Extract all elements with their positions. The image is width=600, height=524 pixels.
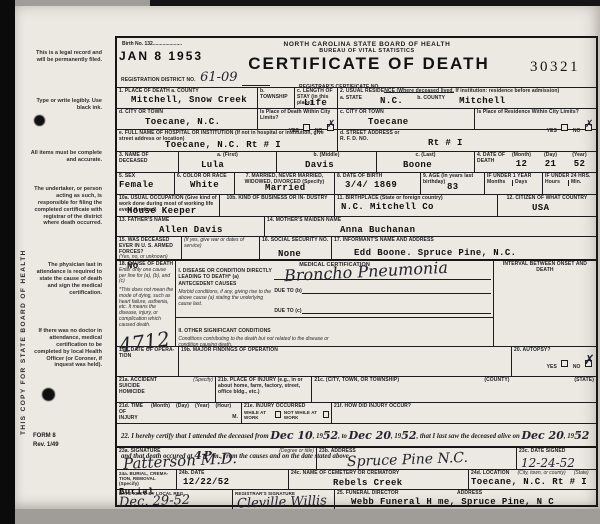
sex-value: Female: [119, 180, 172, 190]
informant-label: 17. INFORMANT'S NAME AND ADDRESS: [334, 238, 594, 244]
under-24h-hours-label: Hours: [545, 180, 569, 186]
autopsy-boxes: YES NO ✗: [547, 355, 592, 373]
certify-text-e: , that I last saw the deceased alive on: [417, 433, 520, 440]
field-middle-name: b. (Middle) Davis: [277, 152, 377, 172]
under-1yr-sub: Months Days: [487, 180, 540, 186]
antecedent-left: ANTECEDENT CAUSES Morbid conditions, if …: [178, 282, 274, 314]
field-burial-location: 24d. LOCATION (City, town, or county) (S…: [469, 470, 596, 489]
field-age: 9. AGE (In years last birthday) 83: [421, 173, 485, 194]
row-place-residence-2: d. CITY OR TOWN Toecane, N.C. Is Place o…: [117, 109, 596, 130]
field-first-name: a. (First) Lula: [179, 152, 277, 172]
funeral-director-address-label: ADDRESS: [457, 491, 482, 497]
field-citizen: 12. CITIZEN OF WHAT COUNTRY USA: [498, 195, 596, 216]
injury-month-label: (Month): [151, 404, 170, 421]
certify-hw-alive-year: 52: [574, 429, 589, 442]
date-received-value: Dec. 29-52: [119, 493, 191, 510]
cemetery-label: 24c. NAME OF CEMETERY OR CREMATORY: [291, 471, 466, 477]
row-signature: 23a. SIGNATURE (Degree or title) Patters…: [117, 448, 596, 470]
birth-no-label: Birth No. 132.....................: [122, 41, 182, 47]
disease-line-rule: Broncho Pneumonia: [274, 268, 491, 280]
field-residence-city-limits: Is Place of Residence Within City Limits…: [475, 109, 596, 129]
street-address-label: d. STREET ADDRESS or R. F. D. NO.: [340, 131, 400, 143]
field-cause-of-death-notes: 18. CAUSE OF DEATH Enter only one cause …: [117, 261, 176, 346]
disease-label: I. DISEASE OR CONDITION DIRECTLY LEADING…: [178, 269, 274, 281]
time-of-injury-label: 21d. TIME OF INJURY: [119, 404, 145, 421]
residence-state-label: a. STATE: [340, 96, 362, 106]
field-accident-type: 21a. ACCIDENT SUICIDE HOMICIDE (Specify): [117, 377, 216, 402]
field-death-city-limits: Is Place of Death Within City Limits? YE…: [258, 109, 338, 129]
margin-note-type-legibly: Type or write legibly. Use black ink.: [30, 98, 102, 112]
certificate-form: Birth No. 132..................... JAN 8…: [115, 36, 598, 507]
hospital-value: Toecane, N.C. Rt # I: [165, 140, 281, 150]
field-father-name: 13. FATHER'S NAME Allen Davis: [117, 217, 265, 236]
last-name-label: c. (Last): [379, 153, 472, 159]
due-to-c-line: DUE TO (c): [274, 306, 491, 314]
not-while-at-work-checkbox: [323, 411, 329, 418]
row-burial: 24a. BURIAL, CREMA- TION, REMOVAL (Speci…: [117, 470, 596, 490]
due-to-b-rule: [302, 286, 491, 294]
death-limits-no-mark: ✗: [327, 119, 335, 130]
ssn-label: 16. SOCIAL SECURITY NO.: [262, 238, 329, 244]
certify-text-b: , 19: [313, 433, 323, 440]
row-name-date: 3. NAME OF DECEASED a. (First) Lula b. (…: [117, 152, 596, 173]
row-accident: 21a. ACCIDENT SUICIDE HOMICIDE (Specify)…: [117, 377, 596, 403]
residence-limits-no-mark: ✗: [585, 119, 593, 130]
mother-name-value: Anna Buchanan: [340, 225, 415, 235]
city-of-death-value: Toecane, N.C.: [145, 117, 220, 127]
field-registrar-signature: REGISTRAR'S SIGNATURE Cleville Willis: [233, 490, 335, 509]
autopsy-label: 20. AUTOPSY?: [514, 348, 594, 354]
field-city-of-death: d. CITY OR TOWN Toecane, N.C.: [117, 109, 258, 129]
time-of-injury-labels: 21d. TIME OF INJURY (Month) (Day) (Year)…: [119, 404, 239, 421]
major-findings-label: 19b. MAJOR FINDINGS OF OPERATION: [181, 348, 509, 354]
field-medical-certification: MEDICAL CERTIFICATION I. DISEASE OR COND…: [176, 261, 494, 346]
burial-location-sub2: (State): [574, 471, 589, 477]
row-sex-race-age: 5. SEX Female 6. COLOR OR RACE White 7. …: [117, 173, 596, 195]
ssn-value: None: [278, 249, 301, 259]
injury-state-label: (STATE): [574, 378, 594, 401]
middle-name-label: b. (Middle): [279, 153, 374, 159]
row-place-residence-3: e. FULL NAME OF HOSPITAL OR INSTITUTION …: [117, 130, 596, 152]
residence-county-value: Mitchell: [459, 96, 505, 106]
field-industry: 10b. KIND OF BUSINESS OR IN- DUSTRY: [220, 195, 335, 216]
certify-hw-from-year: 52: [323, 429, 338, 442]
burial-location-sub1: (City, town, or county): [517, 471, 565, 477]
certify-hw-from-date: Dec 10: [270, 429, 312, 442]
residence-city-label: c. CITY OR TOWN: [340, 110, 472, 116]
row-cause-of-death: 18. CAUSE OF DEATH Enter only one cause …: [117, 261, 596, 347]
field-length-of-stay: c. LENGTH OF STAY (in this place) Life: [295, 88, 338, 108]
org-line1: NORTH CAROLINA STATE BOARD OF HEALTH: [237, 41, 497, 48]
org-heading: NORTH CAROLINA STATE BOARD OF HEALTH BUR…: [237, 41, 497, 54]
middle-name-value: Davis: [305, 160, 334, 170]
date-of-death-day-value: 21: [536, 159, 565, 169]
due-to-c-rule: [302, 306, 491, 314]
row-occupation: 10a. USUAL OCCUPATION (Give kind of work…: [117, 195, 596, 217]
field-date-signed: 23c. DATE SIGNED 12-24-52: [517, 448, 596, 469]
field-place-of-injury: 21b. PLACE OF INJURY (e.g., in or about …: [216, 377, 312, 402]
certificate-title: CERTIFICATE OF DEATH: [229, 54, 509, 74]
other-conditions-block: II. OTHER SIGNIFICANT CONDITIONS Conditi…: [176, 317, 493, 350]
armed-forces-label: 15. WAS DECEASED EVER IN U. S. ARMED FOR…: [119, 238, 179, 255]
scan-edge-left: [0, 0, 15, 524]
margin-note-no-doctor: If there was no doctor in attendance, me…: [30, 328, 102, 369]
field-war-service: (If yes, give war or dates of service): [182, 237, 260, 259]
row-operation-autopsy: 19a. DATE OF OPERA- TION 19b. MAJOR FIND…: [117, 347, 596, 377]
name-of-deceased-label: 3. NAME OF DECEASED: [119, 153, 176, 165]
row-registrar-funeral: DATE REC'D BY LOCAL REG. Dec. 29-52 REGI…: [117, 490, 596, 509]
due-to-b-line: DUE TO (b): [274, 286, 491, 294]
county-of-death-label: 1. PLACE OF DEATH a. COUNTY: [119, 89, 255, 95]
field-informant: 17. INFORMANT'S NAME AND ADDRESS Edd Boo…: [332, 237, 596, 259]
burial-type-label: 24a. BURIAL, CREMA- TION, REMOVAL (Speci…: [119, 471, 174, 487]
scanned-death-certificate: THIS COPY FOR STATE BOARD OF HEALTH This…: [0, 0, 600, 524]
field-major-findings: 19b. MAJOR FINDINGS OF OPERATION: [179, 347, 512, 376]
residence-city-limits-label: Is Place of Residence Within City Limits…: [477, 110, 594, 116]
due-to-b-label: DUE TO (b): [274, 289, 302, 295]
field-last-name: c. (Last) Boone: [377, 152, 475, 172]
cemetery-value: Rebels Creek: [333, 478, 403, 488]
field-residence-city: c. CITY OR TOWN Toecane: [338, 109, 475, 129]
autopsy-no-mark: ✗: [584, 353, 595, 368]
citizen-value: USA: [532, 203, 549, 213]
form-number-line1: FORM 8: [33, 432, 59, 441]
father-name-value: Allen Davis: [159, 225, 223, 235]
birthplace-value: N.C. Mitchell Co: [341, 202, 495, 212]
injury-city-label: 21c. (CITY, TOWN, OR TOWNSHIP): [314, 378, 424, 401]
funeral-director-label: 25. FUNERAL DIRECTOR: [337, 491, 457, 497]
form-number-line2: Rev. 1/49: [33, 441, 59, 450]
field-age-under-24h: IF UNDER 24 HRS. Hours Min.: [543, 173, 596, 194]
field-burial-date: 24b. DATE 12/22/52: [177, 470, 289, 489]
autopsy-yes-checkbox: [561, 360, 568, 367]
injury-day-label: (Day): [176, 404, 189, 421]
field-armed-forces: 15. WAS DECEASED EVER IN U. S. ARMED FOR…: [117, 237, 182, 259]
certify-hw-to-year: 52: [401, 429, 416, 442]
date-of-death-month: (Month) 12: [507, 153, 536, 171]
residence-state-value: N.C.: [380, 96, 403, 106]
field-injury-location: 21c. (CITY, TOWN, OR TOWNSHIP) (COUNTY) …: [312, 377, 596, 402]
injury-meridiem-label: M.: [232, 415, 238, 421]
certify-text-c: , to: [338, 433, 347, 440]
autopsy-no-checkbox: ✗: [585, 360, 592, 367]
while-at-work-checkbox: [275, 411, 281, 418]
how-injury-occurred-label: 21f. HOW DID INJURY OCCUR?: [334, 404, 594, 410]
punch-hole: [34, 115, 45, 126]
field-mother-name: 14. MOTHER'S MAIDEN NAME Anna Buchanan: [265, 217, 596, 236]
street-address-value: Rt # I: [428, 138, 463, 148]
citizen-label: 12. CITIZEN OF WHAT COUNTRY: [500, 196, 594, 202]
injury-year-label: (Year): [195, 404, 210, 421]
antecedent-right: DUE TO (b) DUE TO (c): [274, 282, 491, 314]
war-service-label: (If yes, give war or dates of service): [184, 238, 257, 250]
field-date-received: DATE REC'D BY LOCAL REG. Dec. 29-52: [117, 490, 233, 509]
field-time-of-injury: 21d. TIME OF INJURY (Month) (Day) (Year)…: [117, 403, 242, 423]
antecedent-block: ANTECEDENT CAUSES Morbid conditions, if …: [176, 280, 493, 314]
row-place-residence-1: 1. PLACE OF DEATH a. COUNTY Mitchell, Sn…: [117, 88, 596, 109]
under-24h-sub: Hours Min.: [545, 180, 594, 186]
funeral-director-value: Webb Funeral H me, Spruce Pine, N C: [351, 497, 594, 507]
while-at-work-label: WHILE AT WORK: [244, 410, 272, 420]
burial-location-label: 24d. LOCATION: [471, 471, 509, 477]
certify-text-d: , 19: [391, 433, 401, 440]
first-name-label: a. (First): [181, 153, 274, 159]
field-cemetery: 24c. NAME OF CEMETERY OR CREMATORY Rebel…: [289, 470, 469, 489]
row-parents: 13. FATHER'S NAME Allen Davis 14. MOTHER…: [117, 217, 596, 237]
age-value: 83: [447, 182, 459, 192]
usual-residence-label: 2. USUAL RESIDENCE (Where deceased lived…: [340, 89, 594, 95]
length-of-stay-value: Life: [304, 98, 327, 108]
field-marital-status: 7. MARRIED, NEVER MARRIED, WIDOWED, DIVO…: [235, 173, 335, 194]
accident-type-label: 21a. ACCIDENT SUICIDE HOMICIDE: [119, 378, 159, 401]
field-occupation: 10a. USUAL OCCUPATION (Give kind of work…: [117, 195, 220, 216]
degree-title-label: (Degree or title): [279, 449, 314, 455]
industry-label: 10b. KIND OF BUSINESS OR IN- DUSTRY: [222, 196, 332, 202]
first-name-value: Lula: [201, 160, 224, 170]
punch-hole: [42, 388, 55, 401]
residence-county-label: b. COUNTY: [417, 96, 445, 106]
field-date-of-death: 4. DATE OF DEATH (Month) 12 (Day) 21 (Ye…: [475, 152, 596, 172]
father-name-label: 13. FATHER'S NAME: [119, 218, 262, 224]
field-county-of-death: 1. PLACE OF DEATH a. COUNTY Mitchell, Sn…: [117, 88, 258, 108]
antecedent-note: Morbid conditions, if any, giving rise t…: [178, 290, 274, 307]
date-signed-label: 23c. DATE SIGNED: [519, 449, 594, 455]
field-autopsy: 20. AUTOPSY? YES NO ✗: [512, 347, 596, 376]
margin-note-legal-record: This is a legal record and will be perma…: [30, 50, 102, 64]
antecedent-label: ANTECEDENT CAUSES: [178, 282, 274, 288]
certify-hw-alive-date: Dec 20: [521, 429, 563, 442]
registrar-signature-value: Cleville Willis: [237, 493, 327, 511]
form-header: Birth No. 132..................... JAN 8…: [117, 38, 596, 88]
mother-name-label: 14. MOTHER'S MAIDEN NAME: [267, 218, 594, 224]
field-certify-statement: 22. I hereby certify that I attended the…: [117, 424, 596, 446]
color-race-label: 6. COLOR OR RACE: [177, 174, 232, 180]
under-1yr-days-label: Days: [513, 180, 540, 186]
margin-note-complete: All items must be complete and accurate.: [30, 150, 102, 164]
burial-location-value: Toecane, N.C. Rt # I: [471, 477, 594, 487]
place-of-injury-label: 21b. PLACE OF INJURY (e.g., in or about …: [218, 378, 309, 395]
city-of-death-label: d. CITY OR TOWN: [119, 110, 255, 116]
date-of-death-day: (Day) 21: [536, 153, 565, 171]
row-time-of-injury: 21d. TIME OF INJURY (Month) (Day) (Year)…: [117, 403, 596, 424]
field-burial-type: 24a. BURIAL, CREMA- TION, REMOVAL (Speci…: [117, 470, 177, 489]
registration-district-label: REGISTRATION DISTRICT NO.: [121, 77, 196, 83]
burial-location-labels: 24d. LOCATION (City, town, or county) (S…: [471, 471, 594, 477]
signature-address-value: Spruce Pine N.C.: [347, 450, 468, 470]
form-number: FORM 8 Rev. 1/49: [33, 432, 59, 450]
burial-date-value: 12/22/52: [183, 477, 286, 487]
autopsy-no-label: NO: [573, 364, 581, 370]
cause-note-2: *This does not mean the mode of dying, s…: [119, 288, 173, 328]
accident-specify-label: (Specify): [193, 378, 213, 401]
field-signature-address: 23b. ADDRESS Spruce Pine N.C.: [317, 448, 517, 469]
field-township: b. TOWNSHIP: [258, 88, 295, 108]
interval-label: INTERVAL BETWEEN ONSET AND DEATH: [496, 262, 594, 274]
date-of-death-label: 4. DATE OF DEATH: [477, 153, 507, 171]
residence-city-value: Toecane: [368, 117, 409, 127]
date-of-death-year: (Year) 52: [565, 153, 594, 171]
field-physician-signature: 23a. SIGNATURE (Degree or title) Patters…: [117, 448, 317, 469]
cause-note-1: Enter only one cause per line for (a), (…: [119, 268, 173, 285]
autopsy-yes-label: YES: [547, 364, 557, 370]
field-age-under-1yr: IF UNDER 1 YEAR Months Days: [485, 173, 543, 194]
certify-hw-to-date: Dec 20: [349, 429, 391, 442]
usual-residence-state-county: a. STATE N.C. b. COUNTY Mitchell: [340, 96, 594, 106]
disease-line: I. DISEASE OR CONDITION DIRECTLY LEADING…: [176, 268, 493, 280]
county-of-death-value: Mitchell, Snow Creek: [131, 95, 247, 105]
due-to-c-label: DUE TO (c): [274, 309, 301, 315]
field-interval: INTERVAL BETWEEN ONSET AND DEATH: [494, 261, 596, 346]
date-of-death-year-value: 52: [565, 159, 594, 169]
injury-county-label: (COUNTY): [484, 378, 574, 401]
field-date-of-birth: 8. DATE OF BIRTH 3/4/ 1869: [335, 173, 421, 194]
other-conditions-label: II. OTHER SIGNIFICANT CONDITIONS: [178, 328, 270, 334]
registration-district-line: [242, 78, 270, 86]
field-how-injury-occurred: 21f. HOW DID INJURY OCCUR?: [332, 403, 596, 423]
field-ssn: 16. SOCIAL SECURITY NO. None: [260, 237, 332, 259]
field-injury-occurred: 21e. INJURY OCCURRED WHILE AT WORK NOT W…: [242, 403, 332, 423]
field-usual-residence: 2. USUAL RESIDENCE (Where deceased lived…: [338, 88, 596, 108]
under-24h-min-label: Min.: [569, 180, 594, 186]
date-of-death-month-value: 12: [507, 159, 536, 169]
certificate-serial-number: 30321: [530, 59, 580, 76]
row-forces-ssn-informant: 15. WAS DECEASED EVER IN U. S. ARMED FOR…: [117, 237, 596, 261]
certify-text-a: 22. I hereby certify that I attended the…: [121, 433, 269, 440]
injury-occurred-boxes: WHILE AT WORK NOT WHILE AT WORK: [244, 410, 329, 420]
field-street-address: d. STREET ADDRESS or R. F. D. NO. Rt # I: [338, 130, 596, 151]
color-race-value: White: [177, 180, 232, 190]
field-hospital: e. FULL NAME OF HOSPITAL OR INSTITUTION …: [117, 130, 338, 151]
row-certify-statement: 22. I hereby certify that I attended the…: [117, 424, 596, 448]
date-signed-value: 12-24-52: [521, 456, 575, 470]
received-date-stamp: JAN 8 1953: [119, 49, 203, 63]
township-label: b. TOWNSHIP: [260, 89, 292, 101]
field-funeral-director: 25. FUNERAL DIRECTOR ADDRESS Webb Funera…: [335, 490, 596, 509]
informant-value: Edd Boone. Spruce Pine, N.C.: [354, 248, 516, 258]
field-name-of-deceased-label: 3. NAME OF DECEASED: [117, 152, 179, 172]
field-birthplace: 11. BIRTHPLACE (State or foreign country…: [335, 195, 498, 216]
not-while-at-work-label: NOT WHILE AT WORK: [284, 410, 320, 420]
side-copy-text: THIS COPY FOR STATE BOARD OF HEALTH: [20, 165, 27, 435]
margin-note-undertaker: The undertaker, or person acting as such…: [30, 186, 102, 227]
under-1yr-months-label: Months: [487, 180, 513, 186]
margin-note-physician: The physician last in attendance is requ…: [30, 262, 102, 296]
field-color-race: 6. COLOR OR RACE White: [175, 173, 235, 194]
last-name-value: Boone: [403, 160, 432, 170]
occupation-value: House Keeper: [127, 206, 197, 216]
field-sex: 5. SEX Female: [117, 173, 175, 194]
certify-text-f: , 19: [564, 433, 574, 440]
date-of-birth-value: 3/4/ 1869: [345, 180, 418, 190]
injury-hour-label: (Hour): [216, 404, 232, 421]
marital-status-value: Married: [265, 183, 306, 193]
